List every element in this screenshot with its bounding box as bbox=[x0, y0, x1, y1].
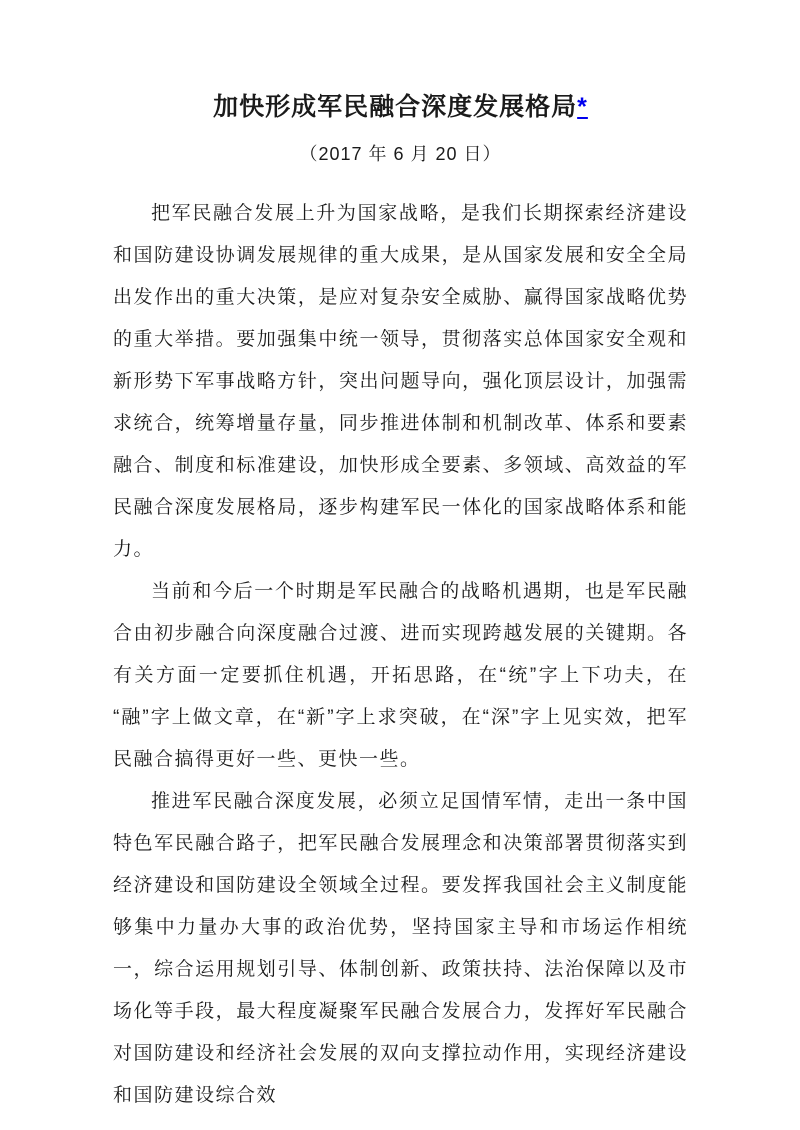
document-title: 加快形成军民融合深度发展格局* bbox=[113, 0, 688, 125]
footnote-link[interactable]: * bbox=[577, 93, 588, 121]
document-title-text: 加快形成军民融合深度发展格局 bbox=[213, 93, 577, 121]
body-paragraph: 当前和今后一个时期是军民融合的战略机遇期，也是军民融合由初步融合向深度融合过渡、… bbox=[113, 571, 688, 781]
document-date: （2017 年 6 月 20 日） bbox=[113, 142, 688, 166]
document-content: 加快形成军民融合深度发展格局* （2017 年 6 月 20 日） 把军民融合发… bbox=[113, 0, 688, 1117]
body-paragraph: 推进军民融合深度发展，必须立足国情军情，走出一条中国特色军民融合路子，把军民融合… bbox=[113, 781, 688, 1117]
document-page: 加快形成军民融合深度发展格局* （2017 年 6 月 20 日） 把军民融合发… bbox=[0, 0, 800, 1130]
document-body: 把军民融合发展上升为国家战略，是我们长期探索经济建设和国防建设协调发展规律的重大… bbox=[113, 193, 688, 1117]
body-paragraph: 把军民融合发展上升为国家战略，是我们长期探索经济建设和国防建设协调发展规律的重大… bbox=[113, 193, 688, 571]
